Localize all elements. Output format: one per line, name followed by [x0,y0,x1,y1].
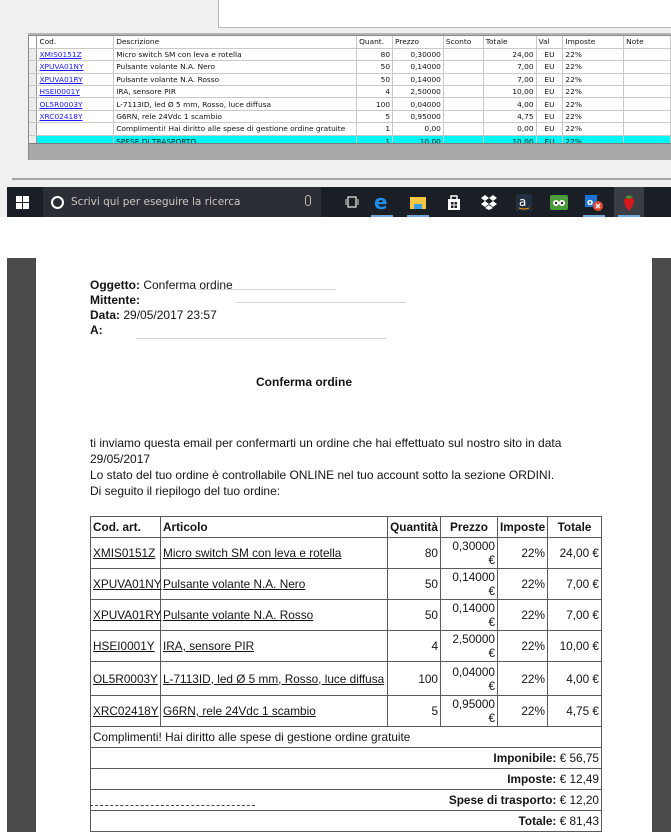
order-summary-row: Imposte: € 12,49 [91,769,602,790]
grid-column-header-cod[interactable]: Cod. [37,36,114,48]
row-selector[interactable] [29,48,37,60]
order-item-total: 4,75 € [548,696,602,727]
order-summary-table: Cod. art.ArticoloQuantitàPrezzoImposteTo… [90,516,602,832]
recipient-line: A: [90,323,103,337]
item-code-link[interactable]: XPUVA01NY [37,61,114,73]
order-item-quantity: 80 [388,538,441,569]
taskbar-search-box[interactable]: Scrivi qui per eseguire la ricerca [43,187,321,217]
file-explorer-icon [409,195,427,210]
order-column-header: Cod. art. [91,517,161,538]
order-item-article: IRA, sensore PIR [161,631,388,662]
item-code-link[interactable]: XMIS0151Z [37,48,114,60]
tripadvisor-button[interactable] [544,187,574,217]
item-description: G6RN, rele 24Vdc 1 scambio [114,110,357,122]
order-item-article: Micro switch SM con leva e rotella [161,538,388,569]
scanned-email-page: Oggetto: Conferma ordine Mittente: Data:… [36,258,652,832]
signature-separator [90,805,255,806]
body-paragraph-3: Di seguito il riepilogo del tuo ordine: [90,483,610,499]
order-item-code: OL5R0003Y [91,662,161,696]
separator [12,178,671,180]
order-note-row: Complimenti! Hai diritto alle spese di g… [91,727,602,748]
start-button[interactable] [7,187,37,217]
row-selector[interactable] [29,98,37,110]
cortana-icon [51,196,64,209]
item-total: 10,00 [483,86,536,98]
order-summary-value: Spese di trasporto: € 12,20 [91,790,602,811]
order-item-code: XPUVA01RY [91,600,161,631]
item-note [624,48,671,60]
item-description: Complimenti! Hai diritto alle spese di g… [114,123,357,135]
item-price: 0,00 [393,123,444,135]
item-tax: 22% [563,110,624,122]
item-currency: EU [536,123,563,135]
body-paragraph-2: Lo stato del tuo ordine è controllabile … [90,467,610,483]
item-tax: 22% [563,48,624,60]
order-item-tax: 22% [498,538,548,569]
row-selector[interactable] [29,73,37,85]
document-title: Conferma ordine [256,375,352,389]
item-code-link[interactable]: XPUVA01RY [37,73,114,85]
outlook-icon: o [584,193,604,211]
order-item-quantity: 50 [388,569,441,600]
strawberry-app-icon [621,193,637,212]
item-currency: EU [536,110,563,122]
item-price: 0,30000 [393,48,444,60]
grid-footer [29,143,671,160]
order-summary-row: Totale: € 81,43 [91,811,602,832]
edge-button[interactable]: e [367,187,397,217]
order-row: XPUVA01RYPulsante volante N.A. Rosso500,… [91,600,602,631]
grid-row[interactable]: HSEI0001YIRA, sensore PIR42,5000010,00EU… [29,86,671,98]
row-selector[interactable] [29,123,37,135]
item-currency: EU [536,73,563,85]
grid-column-header-descrizione[interactable]: Descrizione [114,36,357,48]
item-tax: 22% [563,73,624,85]
item-price: 0,95000 [393,110,444,122]
grid-column-header-val[interactable]: Val [536,36,563,48]
order-summary-value: Imponibile: € 56,75 [91,748,602,769]
order-item-quantity: 4 [388,631,441,662]
item-quantity: 50 [357,73,393,85]
order-column-header: Articolo [161,517,388,538]
body-paragraph-1: ti inviamo questa email per confermarti … [90,435,610,467]
item-tax: 22% [563,86,624,98]
item-code-link[interactable]: OL5R0003Y [37,98,114,110]
order-item-price: 0,95000 € [441,696,498,727]
svg-text:o: o [587,198,593,208]
item-quantity: 50 [357,61,393,73]
item-description: L-7113ID, led Ø 5 mm, Rosso, luce diffus… [114,98,357,110]
order-column-header: Prezzo [441,517,498,538]
item-price: 0,14000 [393,73,444,85]
order-summary-row: Imponibile: € 56,75 [91,748,602,769]
order-note: Complimenti! Hai diritto alle spese di g… [91,727,602,748]
recipient-label: A: [90,323,103,337]
email-body: ti inviamo questa email per confermarti … [90,435,610,499]
item-quantity: 100 [357,98,393,110]
item-total: 4,00 [483,98,536,110]
item-tax: 22% [563,61,624,73]
item-price: 0,14000 [393,61,444,73]
item-discount [443,48,483,60]
item-discount [443,73,483,85]
order-summary-value: Totale: € 81,43 [91,811,602,832]
order-column-header: Totale [548,517,602,538]
amazon-button[interactable]: a [509,187,539,217]
viewer-border-right [652,258,671,832]
item-note [624,61,671,73]
item-quantity: 5 [357,110,393,122]
sender-line: Mittente: [90,293,140,307]
item-total: 24,00 [483,48,536,60]
item-discount [443,110,483,122]
grid-row[interactable]: OL5R0003YL-7113ID, led Ø 5 mm, Rosso, lu… [29,98,671,110]
order-column-header: Imposte [498,517,548,538]
item-price: 2,50000 [393,86,444,98]
order-header-row: Cod. art.ArticoloQuantitàPrezzoImposteTo… [91,517,602,538]
svg-text:a: a [519,195,526,209]
store-button[interactable] [439,187,469,217]
order-item-tax: 22% [498,569,548,600]
order-item-code: XPUVA01NY [91,569,161,600]
order-item-tax: 22% [498,662,548,696]
item-quantity: 80 [357,48,393,60]
svg-text:e: e [374,193,388,211]
item-currency: EU [536,61,563,73]
date-value: 29/05/2017 23:57 [123,308,216,322]
item-currency: EU [536,98,563,110]
item-price: 0,04000 [393,98,444,110]
grid-column-header-note[interactable]: Note [624,36,671,48]
order-item-price: 2,50000 € [441,631,498,662]
amazon-icon: a [516,194,532,211]
grid-row[interactable]: Complimenti! Hai diritto alle spese di g… [29,123,671,135]
grid-row[interactable]: XPUVA01NYPulsante volante N.A. Nero500,1… [29,61,671,73]
item-discount [443,98,483,110]
windows-start-icon [16,196,29,209]
item-discount [443,86,483,98]
strawberry-app-button[interactable] [614,187,644,217]
grid-column-header-totale[interactable]: Totale [483,36,536,48]
order-item-code: HSEI0001Y [91,631,161,662]
order-column-header: Quantità [388,517,441,538]
order-item-code: XRC02418Y [91,696,161,727]
item-total: 7,00 [483,73,536,85]
grid-row[interactable]: XMIS0151ZMicro switch SM con leva e rote… [29,48,671,60]
order-item-price: 0,14000 € [441,569,498,600]
item-total: 0,00 [483,123,536,135]
sender-label: Mittente: [90,293,140,307]
order-item-article: Pulsante volante N.A. Rosso [161,600,388,631]
order-item-tax: 22% [498,696,548,727]
notes-textbox[interactable] [218,0,671,28]
date-label: Data: [90,308,120,322]
file-explorer-button[interactable] [403,187,433,217]
order-item-quantity: 50 [388,600,441,631]
dropbox-button[interactable] [474,187,504,217]
item-discount [443,123,483,135]
order-summary-value: Imposte: € 12,49 [91,769,602,790]
order-summary-row: Spese di trasporto: € 12,20 [91,790,602,811]
order-item-article: Pulsante volante N.A. Nero [161,569,388,600]
grid-column-header-quant[interactable]: Quant. [357,36,393,48]
store-icon [446,194,462,211]
order-item-tax: 22% [498,631,548,662]
item-discount [443,61,483,73]
order-item-total: 4,00 € [548,662,602,696]
item-description: IRA, sensore PIR [114,86,357,98]
item-code-link[interactable]: XRC02418Y [37,110,114,122]
windows-taskbar: Scrivi qui per eseguire la ricerca e a o [7,187,671,217]
row-selector[interactable] [29,86,37,98]
order-item-code: XMIS0151Z [91,538,161,569]
grid-column-header-prezzo[interactable]: Prezzo [393,36,444,48]
order-row: XPUVA01NYPulsante volante N.A. Nero500,1… [91,569,602,600]
document-viewer: Oggetto: Conferma ordine Mittente: Data:… [0,258,671,832]
tripadvisor-icon [550,195,568,210]
row-selector-header [29,36,37,48]
date-line: Data: 29/05/2017 23:57 [90,308,217,322]
search-placeholder: Scrivi qui per eseguire la ricerca [71,196,240,208]
row-selector[interactable] [29,61,37,73]
order-row: XRC02418YG6RN, rele 24Vdc 1 scambio50,95… [91,696,602,727]
order-items-grid[interactable]: Cod.DescrizioneQuant.PrezzoScontoTotaleV… [28,35,671,160]
task-view-button[interactable] [337,187,367,217]
order-item-tax: 22% [498,600,548,631]
order-app-window: Cod.DescrizioneQuant.PrezzoScontoTotaleV… [0,0,671,217]
order-item-total: 24,00 € [548,538,602,569]
subject-label: Oggetto: [90,278,140,292]
order-item-article: L-7113ID, led Ø 5 mm, Rosso, luce diffus… [161,662,388,696]
grid-column-header-sconto[interactable]: Sconto [443,36,483,48]
edge-icon: e [373,193,391,211]
item-note [624,86,671,98]
order-item-total: 7,00 € [548,600,602,631]
order-row: HSEI0001YIRA, sensore PIR42,50000 €22%10… [91,631,602,662]
item-note [624,110,671,122]
item-tax: 22% [563,98,624,110]
item-description: Pulsante volante N.A. Rosso [114,73,357,85]
item-tax: 22% [563,123,624,135]
item-quantity: 1 [357,123,393,135]
order-item-price: 0,04000 € [441,662,498,696]
order-row: XMIS0151ZMicro switch SM con leva e rote… [91,538,602,569]
order-item-total: 10,00 € [548,631,602,662]
order-row: OL5R0003YL-7113ID, led Ø 5 mm, Rosso, lu… [91,662,602,696]
item-code-link [37,123,114,135]
grid-header-row: Cod.DescrizioneQuant.PrezzoScontoTotaleV… [29,36,671,48]
order-item-quantity: 5 [388,696,441,727]
outlook-button[interactable]: o [579,187,609,217]
item-currency: EU [536,48,563,60]
item-note [624,123,671,135]
order-item-article: G6RN, rele 24Vdc 1 scambio [161,696,388,727]
item-description: Pulsante volante N.A. Nero [114,61,357,73]
item-total: 7,00 [483,61,536,73]
grid-row[interactable]: XPUVA01RYPulsante volante N.A. Rosso500,… [29,73,671,85]
item-total: 4,75 [483,110,536,122]
item-description: Micro switch SM con leva e rotella [114,48,357,60]
item-note [624,98,671,110]
dropbox-icon [480,194,498,210]
item-note [624,73,671,85]
order-item-total: 7,00 € [548,569,602,600]
order-item-quantity: 100 [388,662,441,696]
grid-row[interactable]: XRC02418YG6RN, rele 24Vdc 1 scambio50,95… [29,110,671,122]
item-quantity: 4 [357,86,393,98]
item-currency: EU [536,86,563,98]
row-selector[interactable] [29,110,37,122]
order-item-price: 0,30000 € [441,538,498,569]
grid-column-header-imposte[interactable]: Imposte [563,36,624,48]
viewer-border-left [7,258,36,832]
microphone-icon[interactable] [305,195,311,206]
item-code-link[interactable]: HSEI0001Y [37,86,114,98]
order-item-price: 0,14000 € [441,600,498,631]
task-view-icon [345,196,359,208]
